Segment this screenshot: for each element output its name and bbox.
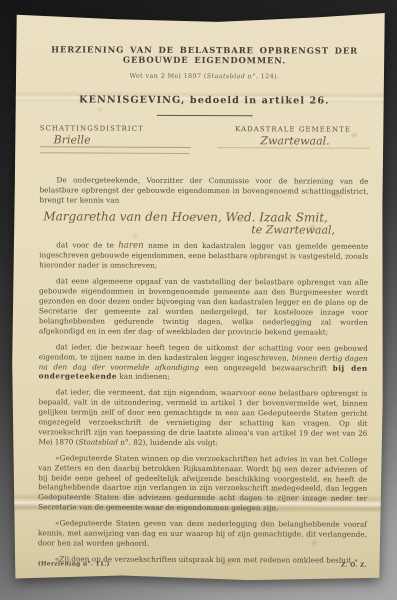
law-post: n°. 124). (245, 72, 279, 80)
addressee-place-line: te Zwartewaal, (39, 224, 368, 235)
form-number: (Herziening n°. 11.) (38, 560, 110, 567)
schattingsdistrict-handwritten-value: Brielle (40, 132, 191, 148)
addressee-handwriting: Margaretha van den Hoeven, Wed. Izaak Sm… (39, 212, 368, 235)
paper-stains (12, 10, 386, 12)
heading-divider (156, 115, 252, 116)
quote-paragraph-2: «Gedeputeerde Staten geven van deze nede… (38, 518, 367, 549)
blank-line (40, 152, 190, 154)
kadastrale-gemeente-handwritten-value: Zwartewaal. (217, 133, 368, 149)
paragraph-general-notice: dat eene algemeene opgaaf van de vastste… (39, 277, 368, 338)
law-staatsblad: Staatsblad (207, 72, 245, 80)
photo-background: HERZIENING VAN DE BELASTBARE OPBRENGST D… (0, 0, 397, 600)
document-title: HERZIENING VAN DE BELASTBARE OPBRENGST D… (40, 44, 369, 65)
law-reference: Wet van 2 Mei 1897 (Staatsblad n°. 124). (40, 71, 369, 80)
intro-paragraph: De ondergeteekende, Voorzitter der Commi… (39, 175, 368, 206)
field-schattingsdistrict: SCHATTINGSDISTRICT Brielle (40, 124, 191, 154)
p-name-handwritten-word: haren (118, 240, 143, 250)
schattingsdistrict-label: SCHATTINGSDISTRICT (40, 124, 191, 133)
quote-paragraph-1: «Gedeputeerde Staten winnen op die verzo… (38, 453, 367, 514)
footer-row: (Herziening n°. 11.) Z. O. Z. (38, 560, 367, 568)
p-exception-post: n°. 82), luidende als volgt: (118, 437, 218, 446)
law-pre: Wet van 2 Mei 1897 ( (129, 72, 206, 80)
paragraph-exception: dat ieder, die vermeent, dat zijn eigend… (38, 388, 367, 449)
p-objection-mid: een ongezegeld bezwaarschrift (199, 363, 333, 373)
kadastrale-gemeente-label: KADASTRALE GEMEENTE (217, 125, 368, 134)
p-objection-post: kan indienen; (117, 372, 170, 381)
p-exception-staatsblad: Staatsblad (79, 437, 118, 446)
field-kadastrale-gemeente: KADASTRALE GEMEENTE Zwartewaal. (217, 125, 368, 155)
fields-row: SCHATTINGSDISTRICT Brielle KADASTRALE GE… (40, 124, 369, 154)
p-name-pre: dat voor de te (56, 240, 118, 249)
addressee-name-line: Margaretha van den Hoeven, Wed. Izaak Sm… (39, 212, 368, 223)
document-paper: HERZIENING VAN DE BELASTBARE OPBRENGST D… (10, 10, 386, 582)
zoz-mark: Z. O. Z. (341, 562, 367, 569)
notice-heading: KENNISGEVING, bedoeld in artikel 26. (40, 94, 369, 106)
paragraph-name: dat voor de te haren name in den kadastr… (39, 240, 368, 272)
paragraph-objection: dat ieder, die bezwaar heeft tegen de ui… (39, 342, 368, 383)
body-text: De ondergeteekende, Voorzitter der Commi… (38, 175, 369, 565)
document-content: HERZIENING VAN DE BELASTBARE OPBRENGST D… (10, 10, 386, 582)
paper-shadow: HERZIENING VAN DE BELASTBARE OPBRENGST D… (11, 11, 385, 581)
